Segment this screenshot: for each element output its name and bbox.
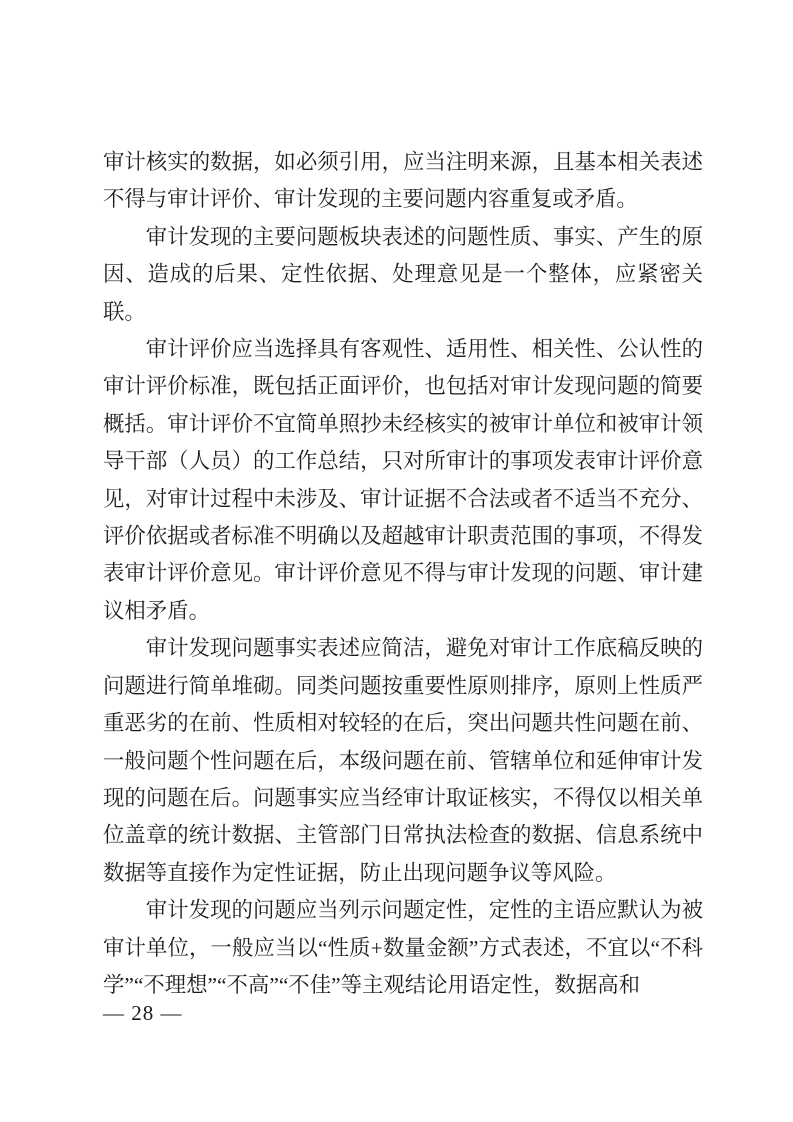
paragraph-3: 审计评价应当选择具有客观性、适用性、相关性、公认性的审计评价标准，既包括正面评价… [103,331,703,630]
paragraph-1: 审计核实的数据，如必须引用，应当注明来源，且基本相关表述不得与审计评价、审计发现… [103,144,703,219]
page-number: — 28 — [103,999,183,1027]
paragraph-2: 审计发现的主要问题板块表述的问题性质、事实、产生的原因、造成的后果、定性依据、处… [103,219,703,331]
body-text: 审计核实的数据，如必须引用，应当注明来源，且基本相关表述不得与审计评价、审计发现… [103,144,703,1004]
document-page: 审计核实的数据，如必须引用，应当注明来源，且基本相关表述不得与审计评价、审计发现… [0,0,793,1122]
paragraph-5: 审计发现的问题应当列示问题定性，定性的主语应默认为被审计单位，一般应当以“性质+… [103,892,703,1004]
paragraph-4: 审计发现问题事实表述应简洁，避免对审计工作底稿反映的问题进行简单堆砌。同类问题按… [103,630,703,892]
